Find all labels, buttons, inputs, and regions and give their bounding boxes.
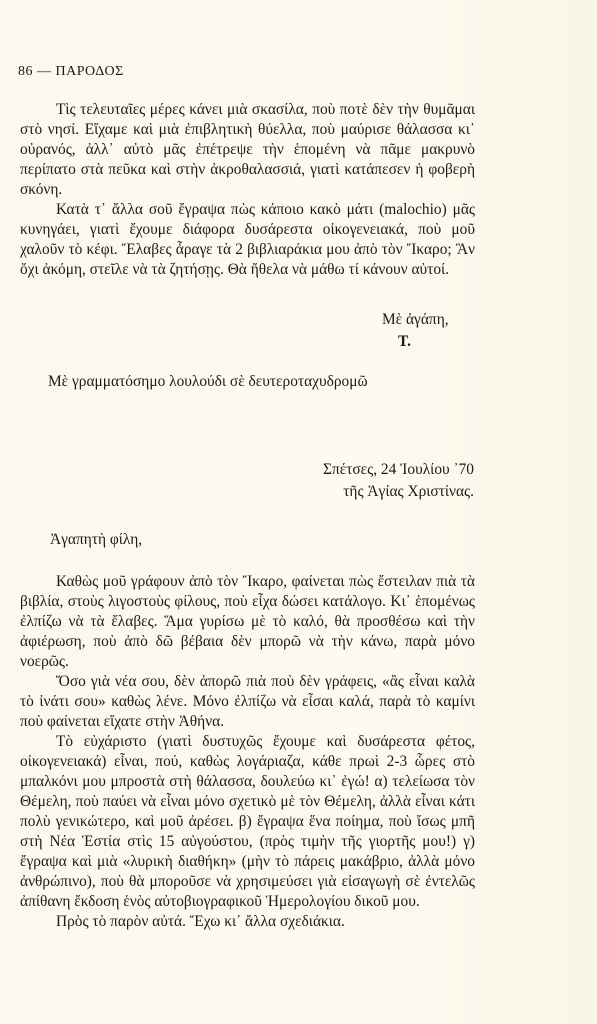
header-dash: —: [33, 64, 56, 79]
letter2-paragraph: Καθὼς μοῦ γράφουν ἀπὸ τὸν Ἴκαρο, φαίνετα…: [20, 572, 475, 672]
postscript: Μὲ γραμματόσημο λουλούδι σὲ δευτεροταχυδ…: [48, 372, 368, 392]
letter1-closing: Μὲ ἀγάπη,: [382, 310, 449, 330]
book-page: 86 — ΠΑΡΟΔΟΣ Τὶς τελευταῖες μέρες κάνει …: [0, 0, 597, 1024]
letter1-signature: Τ.: [398, 332, 411, 352]
letter2-paragraph: Τὸ εὐχάριστο (γιατὶ δυστυχῶς ἔχουμε καὶ …: [20, 732, 475, 912]
letter2-salutation: Ἀγαπητὴ φίλη,: [50, 530, 142, 550]
letter1-body: Τὶς τελευταῖες μέρες κάνει μιὰ σκασίλα, …: [20, 100, 475, 280]
letter1-paragraph: Κατὰ τ᾿ ἄλλα σοῦ ἔγραψα πὼς κάποιο κακὸ …: [20, 200, 475, 280]
letter2-body: Καθὼς μοῦ γράφουν ἀπὸ τὸν Ἴκαρο, φαίνετα…: [20, 572, 475, 932]
letter2-paragraph: Ὅσο γιὰ νέα σου, δὲν ἀπορῶ πιὰ ποὺ δὲν γ…: [20, 672, 475, 732]
letter1-paragraph: Τὶς τελευταῖες μέρες κάνει μιὰ σκασίλα, …: [20, 100, 475, 200]
letter2-place-date: Σπέτσες, 24 Ἰουλίου ᾿70: [323, 459, 474, 480]
page-number: 86: [18, 64, 33, 79]
running-header: 86 — ΠΑΡΟΔΟΣ: [18, 64, 124, 80]
letter2-paragraph: Πρὸς τὸ παρὸν αὐτά. Ἔχω κι᾿ ἄλλα σχεδιάκ…: [20, 912, 475, 932]
letter2-feast-day: τῆς Ἁγίας Χριστίνας.: [343, 481, 474, 502]
running-title: ΠΑΡΟΔΟΣ: [56, 64, 124, 79]
